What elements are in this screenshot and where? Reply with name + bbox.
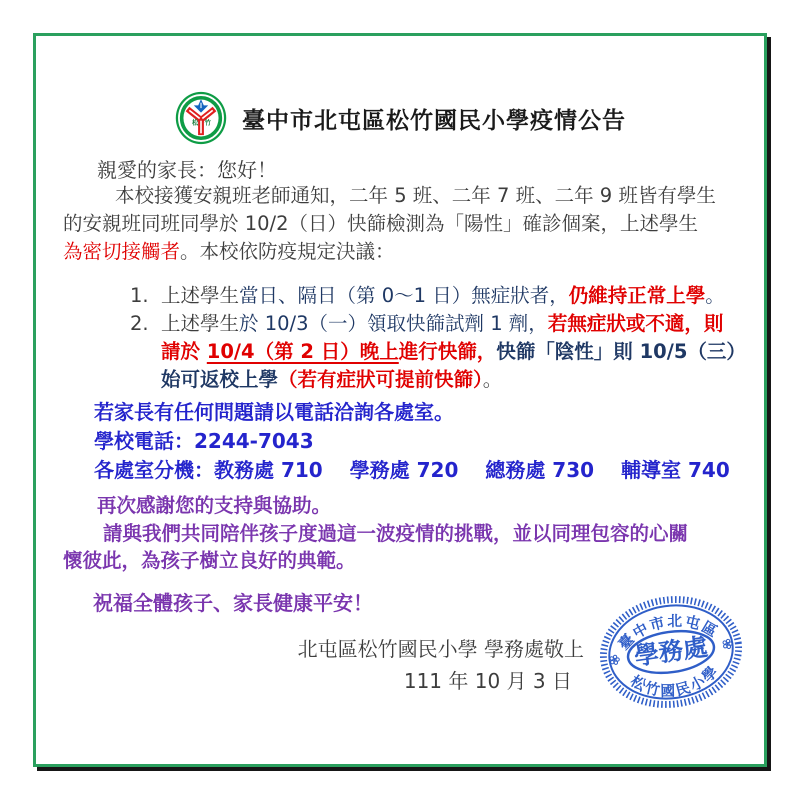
page-title: 臺中市北屯區松竹國民小學疫情公告	[242, 102, 626, 135]
header: 松 竹 臺中市北屯區松竹國民小學疫情公告	[36, 90, 764, 146]
intro-paragraph: 本校接獲安親班老師通知，二年 5 班、二年 7 班、二年 9 班皆有學生 的安親…	[63, 182, 747, 266]
school-logo-icon: 松 竹	[174, 90, 228, 146]
rules-list: 1. 上述學生當日、隔日（第 0～1 日）無症狀者，仍維持正常上學。 2. 上述…	[130, 282, 746, 394]
intro-line-3-rest: 。本校依防疫規定決議：	[180, 240, 395, 263]
rule-2-number: 2.	[130, 310, 161, 338]
close-contact-highlight: 為密切接觸者	[63, 240, 180, 263]
contact-note: 若家長有任何問題請以電話洽詢各處室。	[94, 398, 730, 427]
rule-2-please: 請於	[161, 340, 207, 363]
school-phone: 學校電話：2244-7043	[94, 427, 730, 456]
rule-1-condition: 當日、隔日（第 0～1 日）無症狀者，	[239, 284, 569, 307]
contact-block: 若家長有任何問題請以電話洽詢各處室。 學校電話：2244-7043 各處室分機：…	[94, 398, 730, 485]
office-extensions: 各處室分機：教務處 710 學務處 720 總務處 730 輔導室 740	[94, 456, 730, 485]
rule-item-2: 2. 上述學生於 10/3（一）領取快篩試劑 1 劑，若無症狀或不適，則 請於 …	[130, 310, 746, 394]
rule-1-number: 1.	[130, 282, 161, 310]
thanks-line-1: 再次感謝您的支持與協助。	[63, 492, 688, 520]
announcement-page: 松 竹 臺中市北屯區松竹國民小學疫情公告 親愛的家長：您好！ 本校接獲安親班老師…	[0, 0, 800, 800]
thanks-line-2: 請與我們共同陪伴孩子度過這一波疫情的挑戰，並以同理包容的心關	[63, 520, 688, 548]
svg-text:竹: 竹	[205, 117, 212, 126]
rule-1-lead: 上述學生	[161, 284, 239, 307]
rule-2-body: 上述學生於 10/3（一）領取快篩試劑 1 劑，若無症狀或不適，則 請於 10/…	[161, 310, 746, 394]
rule-2-kit-info: 於 10/3（一）領取快篩試劑 1 劑，	[239, 312, 548, 335]
intro-line-3: 為密切接觸者。本校依防疫規定決議：	[63, 238, 747, 266]
signature-date: 111 年 10 月 3 日	[236, 665, 584, 697]
rule-2-early-test-note: （若有症狀可提前快篩）	[278, 368, 483, 391]
intro-line-1: 本校接獲安親班老師通知，二年 5 班、二年 7 班、二年 9 班皆有學生	[63, 182, 747, 210]
rule-2-condition: 若無症狀或不適，則	[548, 312, 724, 335]
greeting-line: 親愛的家長：您好！	[97, 154, 277, 183]
thanks-paragraph: 再次感謝您的支持與協助。 請與我們共同陪伴孩子度過這一波疫情的挑戰，並以同理包容…	[63, 492, 688, 575]
rule-1-period: 。	[705, 284, 725, 307]
office-stamp: 臺中市北屯區 松竹國民小學 學務處	[597, 592, 745, 712]
intro-line-2: 的安親班同班同學於 10/2（日）快篩檢測為「陽性」確診個案，上述學生	[63, 210, 747, 238]
rule-item-1: 1. 上述學生當日、隔日（第 0～1 日）無症狀者，仍維持正常上學。	[130, 282, 746, 310]
rule-2-period: 。	[483, 368, 503, 391]
signature-block: 北屯區松竹國民小學 學務處敬上 111 年 10 月 3 日	[236, 633, 584, 697]
rule-2-lead: 上述學生	[161, 312, 239, 335]
blessing-line: 祝福全體孩子、家長健康平安！	[93, 587, 373, 616]
page-border-frame: 松 竹 臺中市北屯區松竹國民小學疫情公告 親愛的家長：您好！ 本校接獲安親班老師…	[33, 33, 767, 767]
signature-office: 北屯區松竹國民小學 學務處敬上	[236, 633, 584, 665]
rule-2-negative-result: 快篩「陰性」則 10/5（三）	[496, 340, 746, 363]
rule-2-return-school: 始可返校上學	[161, 368, 278, 391]
rule-2-do-test: 進行快篩，	[399, 340, 497, 363]
rule-1-body: 上述學生當日、隔日（第 0～1 日）無症狀者，仍維持正常上學。	[161, 282, 746, 310]
rule-2-date-underlined: 10/4（第 2 日）晚上	[207, 340, 399, 363]
rule-1-action: 仍維持正常上學	[569, 284, 706, 307]
svg-text:松: 松	[192, 117, 199, 126]
thanks-line-3: 懷彼此，為孩子樹立良好的典範。	[63, 547, 688, 575]
